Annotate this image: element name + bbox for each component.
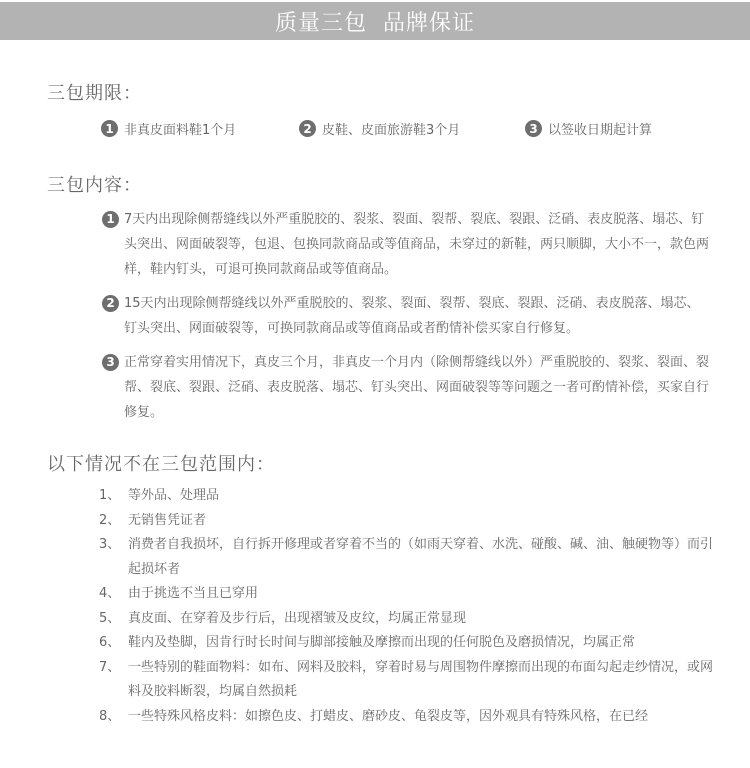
period-item: 1 非真皮面料鞋1个月 xyxy=(101,119,236,138)
period-item: 2 皮鞋、皮面旅游鞋3个月 xyxy=(299,119,460,138)
number-badge-icon: 1 xyxy=(101,120,118,137)
period-section-title: 三包期限： xyxy=(47,79,142,105)
list-text: 一些特别的鞋面物料：如布、网料及胶料，穿着时易与周围物件摩擦而出现的布面勾起走纱… xyxy=(128,656,719,705)
list-index: 5、 xyxy=(99,607,128,632)
list-item: 4、 由于挑选不当且已穿用 xyxy=(99,582,719,607)
list-index: 7、 xyxy=(99,656,128,705)
number-badge-icon: 2 xyxy=(299,120,316,137)
list-item: 8、 一些特殊风格皮料：如擦色皮、打蜡皮、磨砂皮、龟裂皮等，因外观具有特殊风格，… xyxy=(99,705,719,730)
number-badge-icon: 3 xyxy=(102,354,119,371)
list-item: 2、 无销售凭证者 xyxy=(99,509,719,534)
period-label: 非真皮面料鞋1个月 xyxy=(124,119,236,138)
list-index: 6、 xyxy=(99,631,128,656)
content-item: 1 7天内出现除侧帮缝线以外严重脱胶的、裂浆、裂面、裂帮、裂底、裂跟、泛硝、表皮… xyxy=(102,207,712,282)
list-item: 3、 消费者自我损坏，自行拆开修理或者穿着不当的（如雨天穿着、水洗、碰酸、碱、油… xyxy=(99,533,719,582)
list-index: 1、 xyxy=(99,484,128,509)
number-badge-icon: 3 xyxy=(525,120,542,137)
number-badge-icon: 2 xyxy=(102,295,119,312)
content-text: 7天内出现除侧帮缝线以外严重脱胶的、裂浆、裂面、裂帮、裂底、裂跟、泛硝、表皮脱落… xyxy=(102,207,712,282)
header-banner: 质量三包 品牌保证 xyxy=(0,2,750,40)
list-text: 由于挑选不当且已穿用 xyxy=(128,582,719,607)
list-index: 4、 xyxy=(99,582,128,607)
list-text: 等外品、处理品 xyxy=(128,484,719,509)
exclusions-list: 1、 等外品、处理品 2、 无销售凭证者 3、 消费者自我损坏，自行拆开修理或者… xyxy=(99,484,719,729)
content-text: 正常穿着实用情况下，真皮三个月，非真皮一个月内（除侧帮缝线以外）严重脱胶的、裂浆… xyxy=(102,350,712,425)
number-badge-icon: 1 xyxy=(102,211,119,228)
period-list: 1 非真皮面料鞋1个月 2 皮鞋、皮面旅游鞋3个月 3 以签收日期起计算 xyxy=(0,119,750,139)
exclusions-section-title: 以下情况不在三包范围内： xyxy=(47,450,275,476)
list-text: 一些特殊风格皮料：如擦色皮、打蜡皮、磨砂皮、龟裂皮等，因外观具有特殊风格，在已经 xyxy=(128,705,719,730)
period-label: 以签收日期起计算 xyxy=(548,119,652,138)
list-item: 1、 等外品、处理品 xyxy=(99,484,719,509)
period-item: 3 以签收日期起计算 xyxy=(525,119,652,138)
list-index: 8、 xyxy=(99,705,128,730)
banner-title: 质量三包 品牌保证 xyxy=(275,6,475,37)
list-index: 2、 xyxy=(99,509,128,534)
list-item: 7、 一些特别的鞋面物料：如布、网料及胶料，穿着时易与周围物件摩擦而出现的布面勾… xyxy=(99,656,719,705)
list-index: 3、 xyxy=(99,533,128,582)
list-item: 6、 鞋内及垫脚，因肯行时长时间与脚部接触及摩擦而出现的任何脱色及磨损情况，均属… xyxy=(99,631,719,656)
list-text: 无销售凭证者 xyxy=(128,509,719,534)
content-text: 15天内出现除侧帮缝线以外严重脱胶的、裂浆、裂面、裂帮、裂底、裂跟、泛硝、表皮脱… xyxy=(102,291,712,341)
content-item: 2 15天内出现除侧帮缝线以外严重脱胶的、裂浆、裂面、裂帮、裂底、裂跟、泛硝、表… xyxy=(102,291,712,341)
content-item: 3 正常穿着实用情况下，真皮三个月，非真皮一个月内（除侧帮缝线以外）严重脱胶的、… xyxy=(102,350,712,425)
list-item: 5、 真皮面、在穿着及步行后，出现褶皱及皮纹，均属正常显现 xyxy=(99,607,719,632)
period-label: 皮鞋、皮面旅游鞋3个月 xyxy=(322,119,460,138)
list-text: 真皮面、在穿着及步行后，出现褶皱及皮纹，均属正常显现 xyxy=(128,607,719,632)
list-text: 鞋内及垫脚，因肯行时长时间与脚部接触及摩擦而出现的任何脱色及磨损情况，均属正常 xyxy=(128,631,719,656)
content-section-title: 三包内容： xyxy=(47,171,142,197)
list-text: 消费者自我损坏，自行拆开修理或者穿着不当的（如雨天穿着、水洗、碰酸、碱、油、触硬… xyxy=(128,533,719,582)
